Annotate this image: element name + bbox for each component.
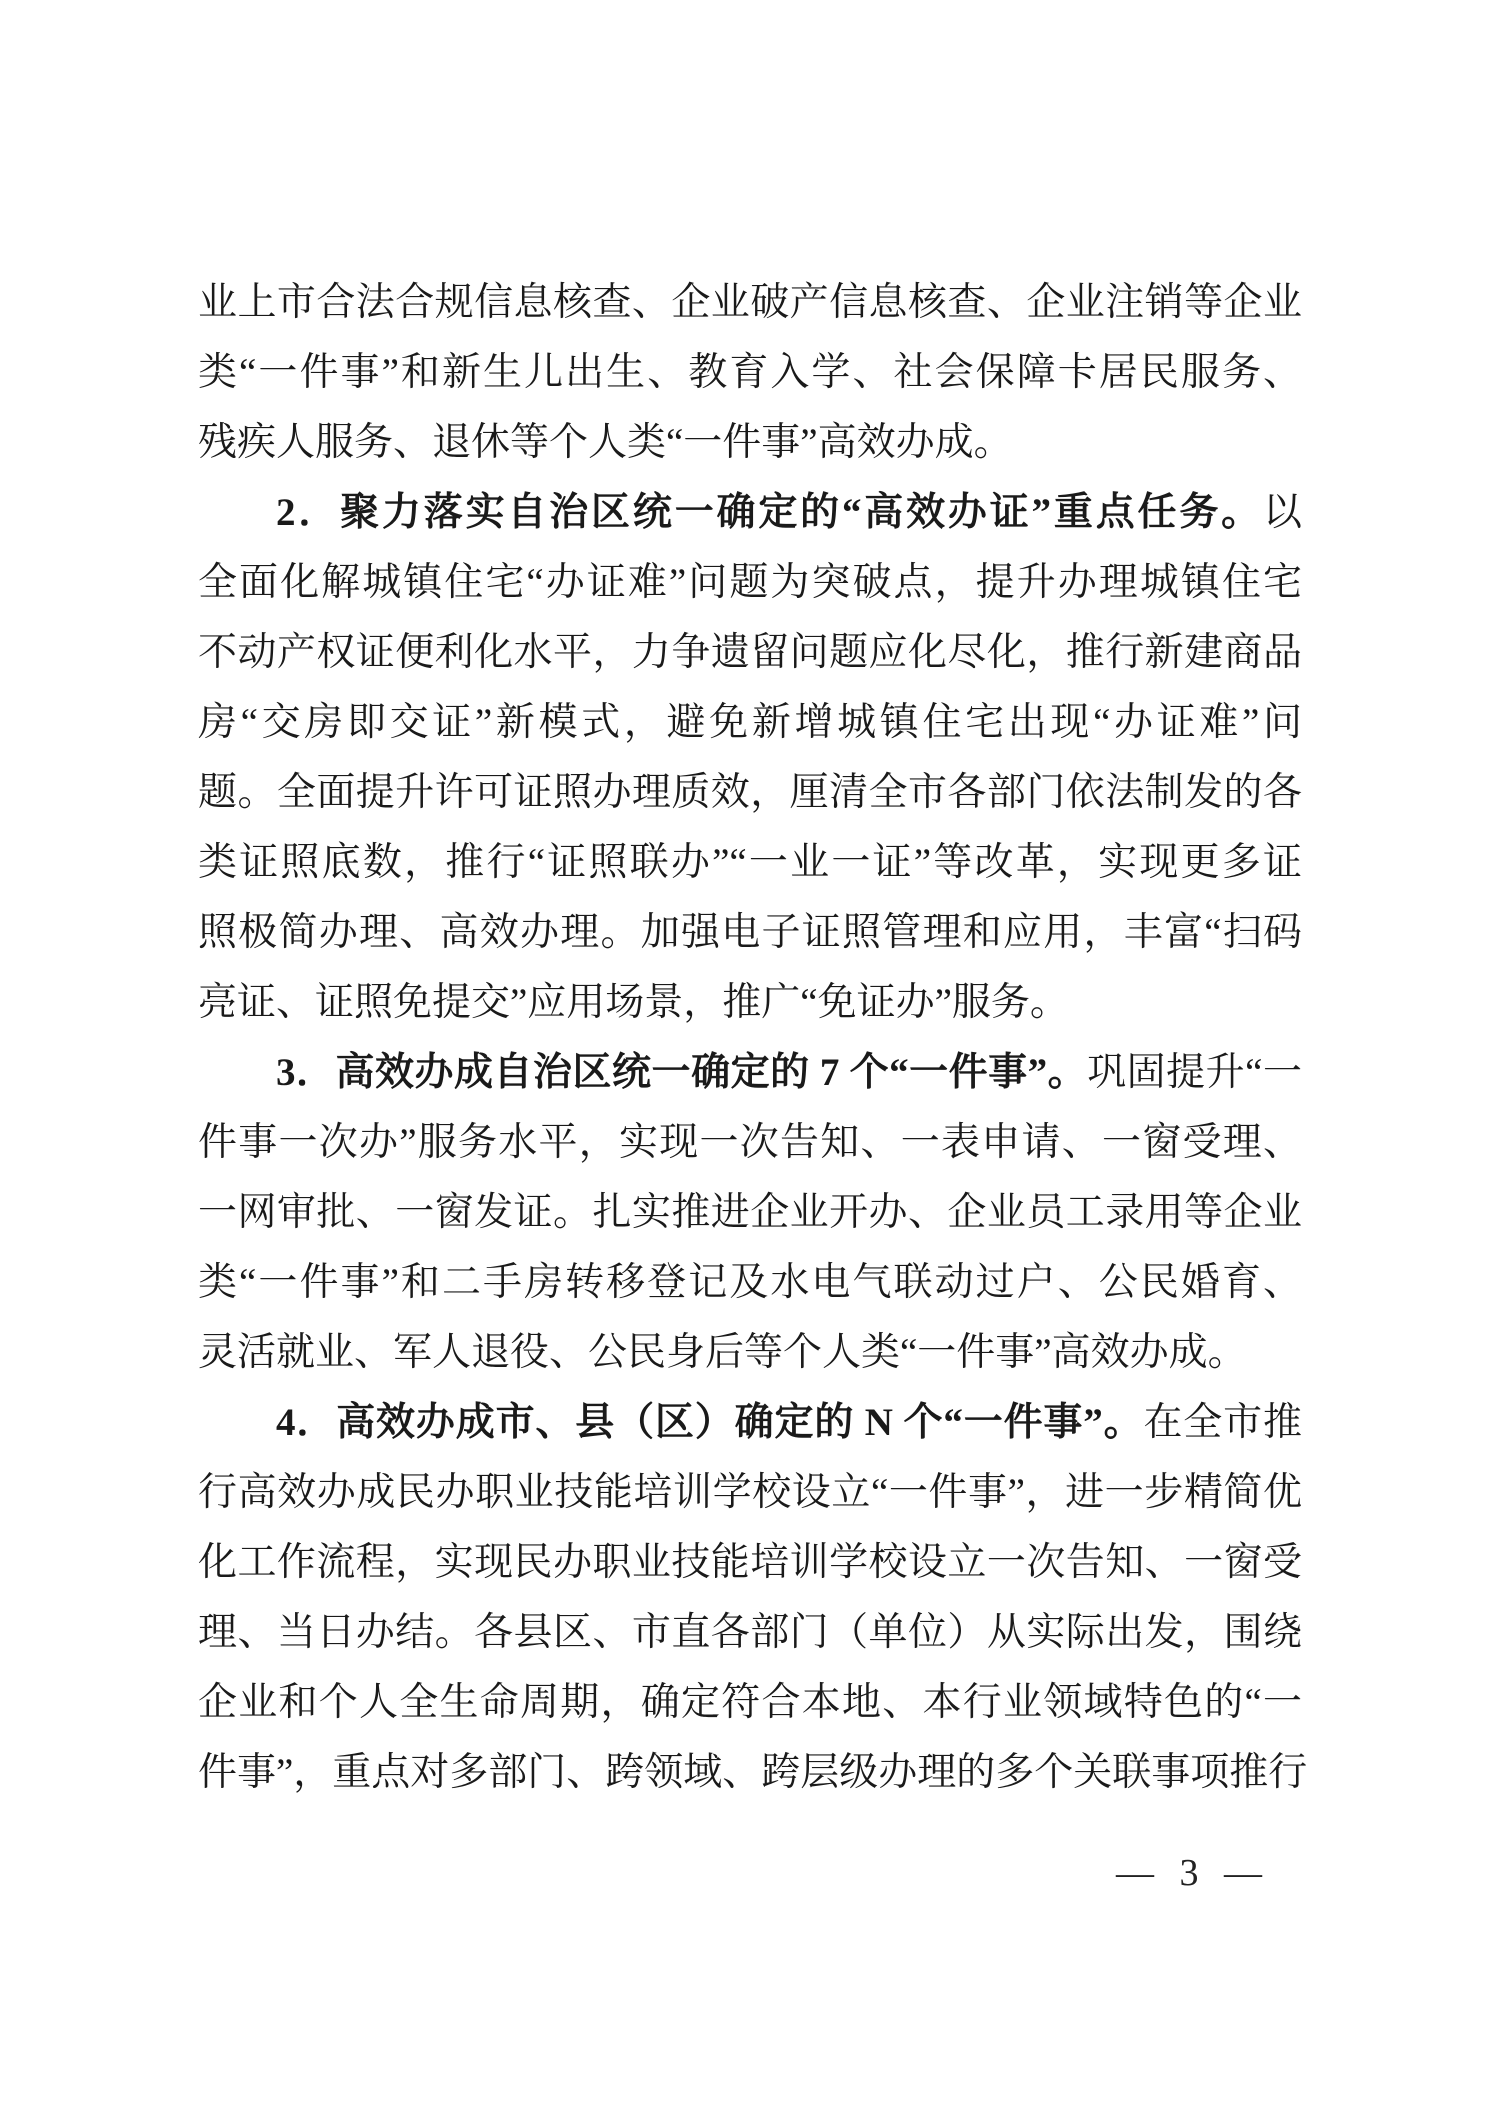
body-text-segment: 一网审批、一窗发证。扎实推进企业开办、企业员工录用等企业 — [198, 1191, 1302, 1234]
text-line: 房“交房即交证”新模式，避免新增城镇住宅出现“办证难”问 — [198, 688, 1302, 758]
body-text-segment: 件事一次办”服务水平，实现一次告知、一表申请、一窗受理、 — [198, 1121, 1302, 1164]
body-text-segment: 件事”，重点对多部门、跨领域、跨层级办理的多个关联事项推行 — [198, 1751, 1307, 1794]
body-text-segment: 在全市推 — [1143, 1401, 1302, 1444]
text-line: 不动产权证便利化水平，力争遗留问题应化尽化，推行新建商品 — [198, 618, 1302, 688]
text-line: 化工作流程，实现民办职业技能培训学校设立一次告知、一窗受 — [198, 1528, 1302, 1598]
text-line: 题。全面提升许可证照办理质效，厘清全市各部门依法制发的各 — [198, 758, 1302, 828]
body-text-segment: 企业和个人全生命周期，确定符合本地、本行业领域特色的“一 — [198, 1681, 1302, 1724]
text-line: 灵活就业、军人退役、公民身后等个人类“一件事”高效办成。 — [198, 1318, 1302, 1388]
body-text-segment: 化工作流程，实现民办职业技能培训学校设立一次告知、一窗受 — [198, 1541, 1302, 1584]
text-line: 业上市合法合规信息核查、企业破产信息核查、企业注销等企业 — [198, 268, 1302, 338]
text-line: 理、当日办结。各县区、市直各部门（单位）从实际出发，围绕 — [198, 1598, 1302, 1668]
body-text-segment: 行高效办成民办职业技能培训学校设立“一件事”，进一步精简优 — [198, 1471, 1302, 1514]
body-text-segment: 理、当日办结。各县区、市直各部门（单位）从实际出发，围绕 — [198, 1611, 1302, 1654]
text-line: 照极简办理、高效办理。加强电子证照管理和应用，丰富“扫码 — [198, 898, 1302, 968]
text-line: 件事一次办”服务水平，实现一次告知、一表申请、一窗受理、 — [198, 1108, 1302, 1178]
text-line: 件事”，重点对多部门、跨领域、跨层级办理的多个关联事项推行 — [198, 1738, 1302, 1808]
paragraph-start-line: 4．高效办成市、县（区）确定的 N 个“一件事”。在全市推 — [198, 1388, 1302, 1458]
body-text-segment: 残疾人服务、退休等个人类“一件事”高效办成。 — [198, 421, 1013, 464]
text-line: 亮证、证照免提交”应用场景，推广“免证办”服务。 — [198, 968, 1302, 1038]
body-text-segment: 类证照底数，推行“证照联办”“一业一证”等改革，实现更多证 — [198, 841, 1302, 884]
text-line: 类“一件事”和新生儿出生、教育入学、社会保障卡居民服务、 — [198, 338, 1302, 408]
body-text-segment: 灵活就业、军人退役、公民身后等个人类“一件事”高效办成。 — [198, 1331, 1247, 1374]
body-text-segment: 题。全面提升许可证照办理质效，厘清全市各部门依法制发的各 — [198, 771, 1302, 814]
document-body: 业上市合法合规信息核查、企业破产信息核查、企业注销等企业类“一件事”和新生儿出生… — [198, 268, 1302, 1808]
page-number: — 3 — — [1116, 1850, 1270, 1896]
body-text-segment: 巩固提升“一 — [1087, 1051, 1302, 1094]
body-text-segment: 全面化解城镇住宅“办证难”问题为突破点，提升办理城镇住宅 — [198, 561, 1302, 604]
body-text-segment: 业上市合法合规信息核查、企业破产信息核查、企业注销等企业 — [198, 281, 1302, 324]
body-text-segment: 亮证、证照免提交”应用场景，推广“免证办”服务。 — [198, 981, 1069, 1024]
body-text-segment: 类“一件事”和二手房转移登记及水电气联动过户、公民婚育、 — [198, 1261, 1302, 1304]
body-text-segment: 类“一件事”和新生儿出生、教育入学、社会保障卡居民服务、 — [198, 351, 1302, 394]
body-text-segment: 以 — [1263, 491, 1302, 534]
text-line: 行高效办成民办职业技能培训学校设立“一件事”，进一步精简优 — [198, 1458, 1302, 1528]
text-line: 类证照底数，推行“证照联办”“一业一证”等改革，实现更多证 — [198, 828, 1302, 898]
heading-text-segment: 4．高效办成市、县（区）确定的 N 个“一件事”。 — [276, 1401, 1143, 1444]
text-line: 全面化解城镇住宅“办证难”问题为突破点，提升办理城镇住宅 — [198, 548, 1302, 618]
heading-text-segment: 2．聚力落实自治区统一确定的“高效办证”重点任务。 — [276, 491, 1263, 534]
paragraph-start-line: 3．高效办成自治区统一确定的 7 个“一件事”。巩固提升“一 — [198, 1038, 1302, 1108]
body-text-segment: 房“交房即交证”新模式，避免新增城镇住宅出现“办证难”问 — [198, 701, 1302, 744]
body-text-segment: 照极简办理、高效办理。加强电子证照管理和应用，丰富“扫码 — [198, 911, 1302, 954]
text-line: 一网审批、一窗发证。扎实推进企业开办、企业员工录用等企业 — [198, 1178, 1302, 1248]
body-text-segment: 不动产权证便利化水平，力争遗留问题应化尽化，推行新建商品 — [198, 631, 1302, 674]
text-line: 企业和个人全生命周期，确定符合本地、本行业领域特色的“一 — [198, 1668, 1302, 1738]
document-page: 业上市合法合规信息核查、企业破产信息核查、企业注销等企业类“一件事”和新生儿出生… — [0, 0, 1488, 2105]
text-line: 类“一件事”和二手房转移登记及水电气联动过户、公民婚育、 — [198, 1248, 1302, 1318]
text-line: 残疾人服务、退休等个人类“一件事”高效办成。 — [198, 408, 1302, 478]
paragraph-start-line: 2．聚力落实自治区统一确定的“高效办证”重点任务。以 — [198, 478, 1302, 548]
heading-text-segment: 3．高效办成自治区统一确定的 7 个“一件事”。 — [276, 1051, 1087, 1094]
